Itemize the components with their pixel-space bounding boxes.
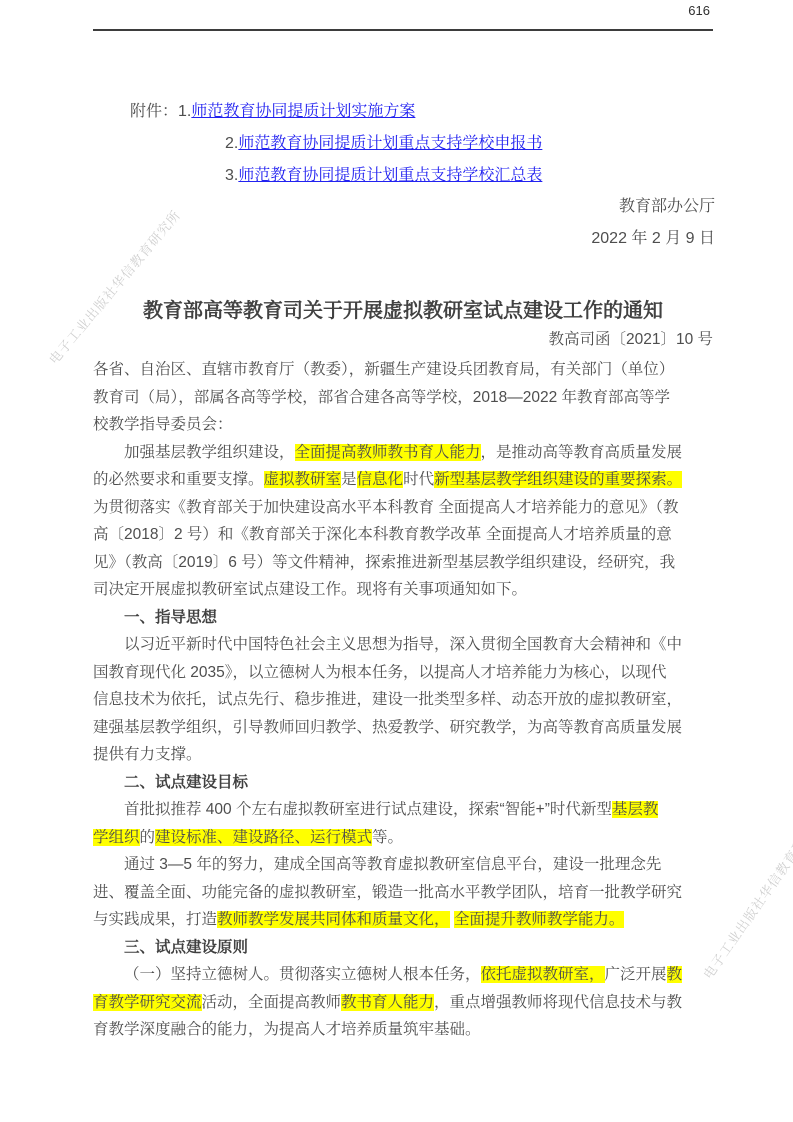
text-segment: 司决定开展虚拟教研室试点建设工作。现将有关事项通知如下。 <box>93 581 527 598</box>
text-segment: ，重点增强教师将现代信息技术与教 <box>434 994 682 1011</box>
body-line: 校教学指导委员会： <box>93 411 719 439</box>
document-page: 616 电子工业出版社华信教育研究所 电子工业出版社华信教育研究所 附件：1.师… <box>0 0 793 1122</box>
text-segment: 信息技术为依托，试点先行、稳步推进，建设一批类型多样、动态开放的虚拟教研室， <box>93 691 682 708</box>
attachment-item: 3.师范教育协同提质计划重点支持学校汇总表 <box>130 160 542 192</box>
attachment-number: 2. <box>225 135 238 152</box>
attachment-number: 3. <box>225 167 238 184</box>
highlighted-text: 教 <box>667 966 683 983</box>
body-line: 与实践成果，打造教师教学发展共同体和质量文化， 全面提升教师教学能力。 <box>93 906 719 934</box>
text-segment: 各省、自治区、直辖市教育厅（教委），新疆生产建设兵团教育局，有关部门（单位） <box>93 361 674 378</box>
highlighted-text: 新型基层教学组织建设的重要探索。 <box>434 471 682 488</box>
body-line: 为贯彻落实《教育部关于加快建设高水平本科教育 全面提高人才培养能力的意见》（教 <box>93 494 719 522</box>
text-segment: 的必然要求和重要支撑。 <box>93 471 264 488</box>
section-heading: 三、试点建设原则 <box>93 934 719 962</box>
text-segment: 国教育现代化 2035》，以立德树人为根本任务，以提高人才培养能力为核心，以现代 <box>93 664 667 681</box>
notice-body: 各省、自治区、直辖市教育厅（教委），新疆生产建设兵团教育局，有关部门（单位）教育… <box>93 356 719 1044</box>
text-segment: 教育司（局），部属各高等学校，部省合建各高等学校，2018—2022 年教育部高… <box>93 389 670 406</box>
text-segment: 育教学深度融合的能力，为提高人才培养质量筑牢基础。 <box>93 1021 481 1038</box>
body-line: 学组织的建设标准、建设路径、运行模式等。 <box>93 824 719 852</box>
text-segment: 时代 <box>403 471 434 488</box>
issuing-office: 教育部办公厅 <box>591 191 715 223</box>
body-line: （一）坚持立德树人。贯彻落实立德树人根本任务，依托虚拟教研室，广泛开展教 <box>93 961 719 989</box>
body-line: 司决定开展虚拟教研室试点建设工作。现将有关事项通知如下。 <box>93 576 719 604</box>
text-segment: 建强基层教学组织，引导教师回归教学、热爱教学、研究教学，为高等教育高质量发展 <box>93 719 682 736</box>
text-segment: 校教学指导委员会： <box>93 416 233 433</box>
highlighted-text: 虚拟教研室 <box>264 471 342 488</box>
text-segment: 以习近平新时代中国特色社会主义思想为指导，深入贯彻全国教育大会精神和《中 <box>124 636 682 653</box>
text-segment: 通过 3—5 年的努力，建成全国高等教育虚拟教研室信息平台，建设一批理念先 <box>124 856 661 873</box>
text-segment: ，是推动高等教育高质量发展 <box>481 444 683 461</box>
body-line: 高〔2018〕2 号）和《教育部关于深化本科教育教学改革 全面提高人才培养质量的… <box>93 521 719 549</box>
body-line: 国教育现代化 2035》，以立德树人为根本任务，以提高人才培养能力为核心，以现代 <box>93 659 719 687</box>
attachment-link[interactable]: 师范教育协同提质计划重点支持学校申报书 <box>238 135 542 152</box>
highlighted-text: 育教学研究交流 <box>93 994 202 1011</box>
signature-block: 教育部办公厅 2022 年 2 月 9 日 <box>591 191 715 255</box>
body-line: 进、覆盖全面、功能完备的虚拟教研室，锻造一批高水平教学团队，培育一批教学研究 <box>93 879 719 907</box>
text-segment: 提供有力支撑。 <box>93 746 202 763</box>
notice-title: 教育部高等教育司关于开展虚拟教研室试点建设工作的通知 <box>93 294 713 323</box>
highlighted-text: 全面提高教师教书育人能力 <box>295 444 481 461</box>
body-line: 教育司（局），部属各高等学校，部省合建各高等学校，2018—2022 年教育部高… <box>93 384 719 412</box>
text-segment: 与实践成果，打造 <box>93 911 217 928</box>
body-line: 提供有力支撑。 <box>93 741 719 769</box>
section-heading: 二、试点建设目标 <box>93 769 719 797</box>
text-segment: 加强基层教学组织建设， <box>124 444 295 461</box>
body-line: 见》（教高〔2019〕6 号）等文件精神，探索推进新型基层教学组织建设，经研究，… <box>93 549 719 577</box>
highlighted-text: 基层教 <box>612 801 659 818</box>
text-segment: 见》（教高〔2019〕6 号）等文件精神，探索推进新型基层教学组织建设，经研究，… <box>93 554 675 571</box>
attachment-number: 1. <box>178 103 191 120</box>
text-segment: 活动，全面提高教师 <box>202 994 342 1011</box>
text-segment: 的 <box>140 829 156 846</box>
body-line: 首批拟推荐 400 个左右虚拟教研室进行试点建设，探索“智能+”时代新型基层教 <box>93 796 719 824</box>
attachments-label: 附件： <box>130 103 178 120</box>
highlighted-text: 教师教学发展共同体和质量文化， <box>217 911 450 928</box>
header-divider-line <box>93 29 713 31</box>
attachment-link[interactable]: 师范教育协同提质计划实施方案 <box>191 103 415 120</box>
attachment-link[interactable]: 师范教育协同提质计划重点支持学校汇总表 <box>238 167 542 184</box>
body-line: 加强基层教学组织建设，全面提高教师教书育人能力，是推动高等教育高质量发展 <box>93 439 719 467</box>
page-number: 616 <box>688 3 710 18</box>
attachment-item: 2.师范教育协同提质计划重点支持学校申报书 <box>130 128 542 160</box>
body-line: 育教学研究交流活动，全面提高教师教书育人能力，重点增强教师将现代信息技术与教 <box>93 989 719 1017</box>
document-number: 教高司函〔2021〕10 号 <box>93 327 713 349</box>
body-line: 信息技术为依托，试点先行、稳步推进，建设一批类型多样、动态开放的虚拟教研室， <box>93 686 719 714</box>
text-segment: 等。 <box>372 829 403 846</box>
highlighted-text: 依托虚拟教研室， <box>481 966 605 983</box>
highlighted-text: 教书育人能力 <box>341 994 434 1011</box>
body-line: 各省、自治区、直辖市教育厅（教委），新疆生产建设兵团教育局，有关部门（单位） <box>93 356 719 384</box>
body-line: 通过 3—5 年的努力，建成全国高等教育虚拟教研室信息平台，建设一批理念先 <box>93 851 719 879</box>
body-line: 育教学深度融合的能力，为提高人才培养质量筑牢基础。 <box>93 1016 719 1044</box>
body-line: 的必然要求和重要支撑。虚拟教研室是信息化时代新型基层教学组织建设的重要探索。 <box>93 466 719 494</box>
text-segment: 广泛开展 <box>605 966 667 983</box>
text-segment: 高〔2018〕2 号）和《教育部关于深化本科教育教学改革 全面提高人才培养质量的… <box>93 526 672 543</box>
text-segment: （一）坚持立德树人。贯彻落实立德树人根本任务， <box>124 966 481 983</box>
text-segment: 进、覆盖全面、功能完备的虚拟教研室，锻造一批高水平教学团队，培育一批教学研究 <box>93 884 682 901</box>
body-line: 建强基层教学组织，引导教师回归教学、热爱教学、研究教学，为高等教育高质量发展 <box>93 714 719 742</box>
highlighted-text: 全面提升教师教学能力。 <box>454 911 625 928</box>
highlighted-text: 建设标准、建设路径、运行模式 <box>155 829 372 846</box>
attachment-item: 附件：1.师范教育协同提质计划实施方案 <box>130 96 542 128</box>
text-segment: 三、试点建设原则 <box>124 939 248 956</box>
text-segment: 首批拟推荐 400 个左右虚拟教研室进行试点建设，探索“智能+”时代新型 <box>124 801 612 818</box>
text-segment: 二、试点建设目标 <box>124 774 248 791</box>
issue-date: 2022 年 2 月 9 日 <box>591 223 715 255</box>
text-segment: 为贯彻落实《教育部关于加快建设高水平本科教育 全面提高人才培养能力的意见》（教 <box>93 499 679 516</box>
section-heading: 一、指导思想 <box>93 604 719 632</box>
text-segment: 是 <box>341 471 357 488</box>
highlighted-text: 学组织 <box>93 829 140 846</box>
body-line: 以习近平新时代中国特色社会主义思想为指导，深入贯彻全国教育大会精神和《中 <box>93 631 719 659</box>
attachments-list: 附件：1.师范教育协同提质计划实施方案2.师范教育协同提质计划重点支持学校申报书… <box>130 96 542 192</box>
highlighted-text: 信息化 <box>357 471 404 488</box>
text-segment: 一、指导思想 <box>124 609 217 626</box>
